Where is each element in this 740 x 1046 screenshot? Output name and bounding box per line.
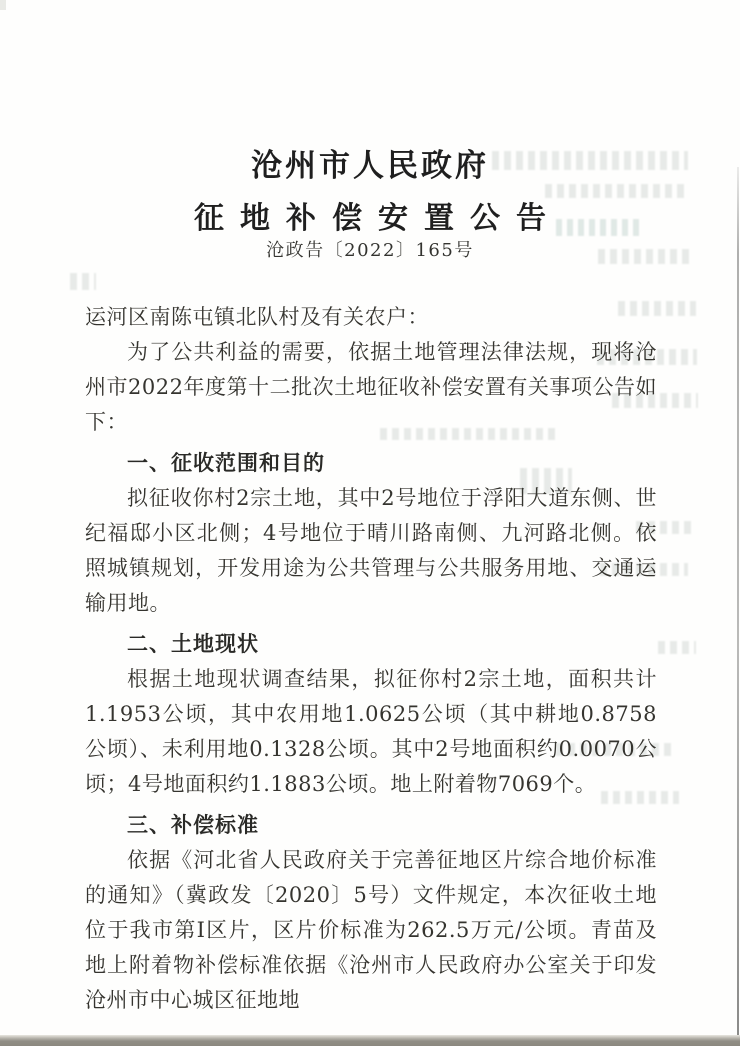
section-2-body: 根据土地现状调查结果，拟征你村2宗土地，面积共计1.1953公顷，其中农用地1.… [85, 662, 657, 802]
announcement-title: 征地补偿安置公告 [0, 193, 740, 237]
page-bottom-edge-shadow [0, 1035, 740, 1046]
document-body: 运河区南陈屯镇北队村及有关农户： 为了公共利益的需要，依据土地管理法律法规，现将… [85, 300, 657, 1018]
section-2-heading: 二、土地现状 [85, 627, 657, 662]
page-right-edge-shadow [737, 167, 739, 1037]
scan-corner-artifact [0, 0, 6, 10]
section-1-heading: 一、征收范围和目的 [85, 446, 657, 481]
document-number: 沧政告〔2022〕165号 [0, 236, 740, 262]
section-1-body: 拟征收你村2宗土地，其中2号地位于浮阳大道东侧、世纪福邸小区北侧；4号地位于晴川… [85, 481, 657, 621]
section-3-heading: 三、补偿标准 [85, 808, 657, 843]
intro-paragraph: 为了公共利益的需要，依据土地管理法律法规，现将沧州市2022年度第十二批次土地征… [85, 335, 657, 440]
bleed-through-mark [70, 273, 96, 290]
salutation-line: 运河区南陈屯镇北队村及有关农户： [85, 300, 657, 335]
bleed-through-mark [658, 641, 696, 654]
scanned-announcement-page: 沧州市人民政府 征地补偿安置公告 沧政告〔2022〕165号 运河区南陈屯镇北队… [0, 0, 740, 1046]
section-3-body: 依据《河北省人民政府关于完善征地区片综合地价标准的通知》（冀政发〔2020〕5号… [85, 843, 657, 1018]
issuer-title: 沧州市人民政府 [0, 140, 740, 185]
